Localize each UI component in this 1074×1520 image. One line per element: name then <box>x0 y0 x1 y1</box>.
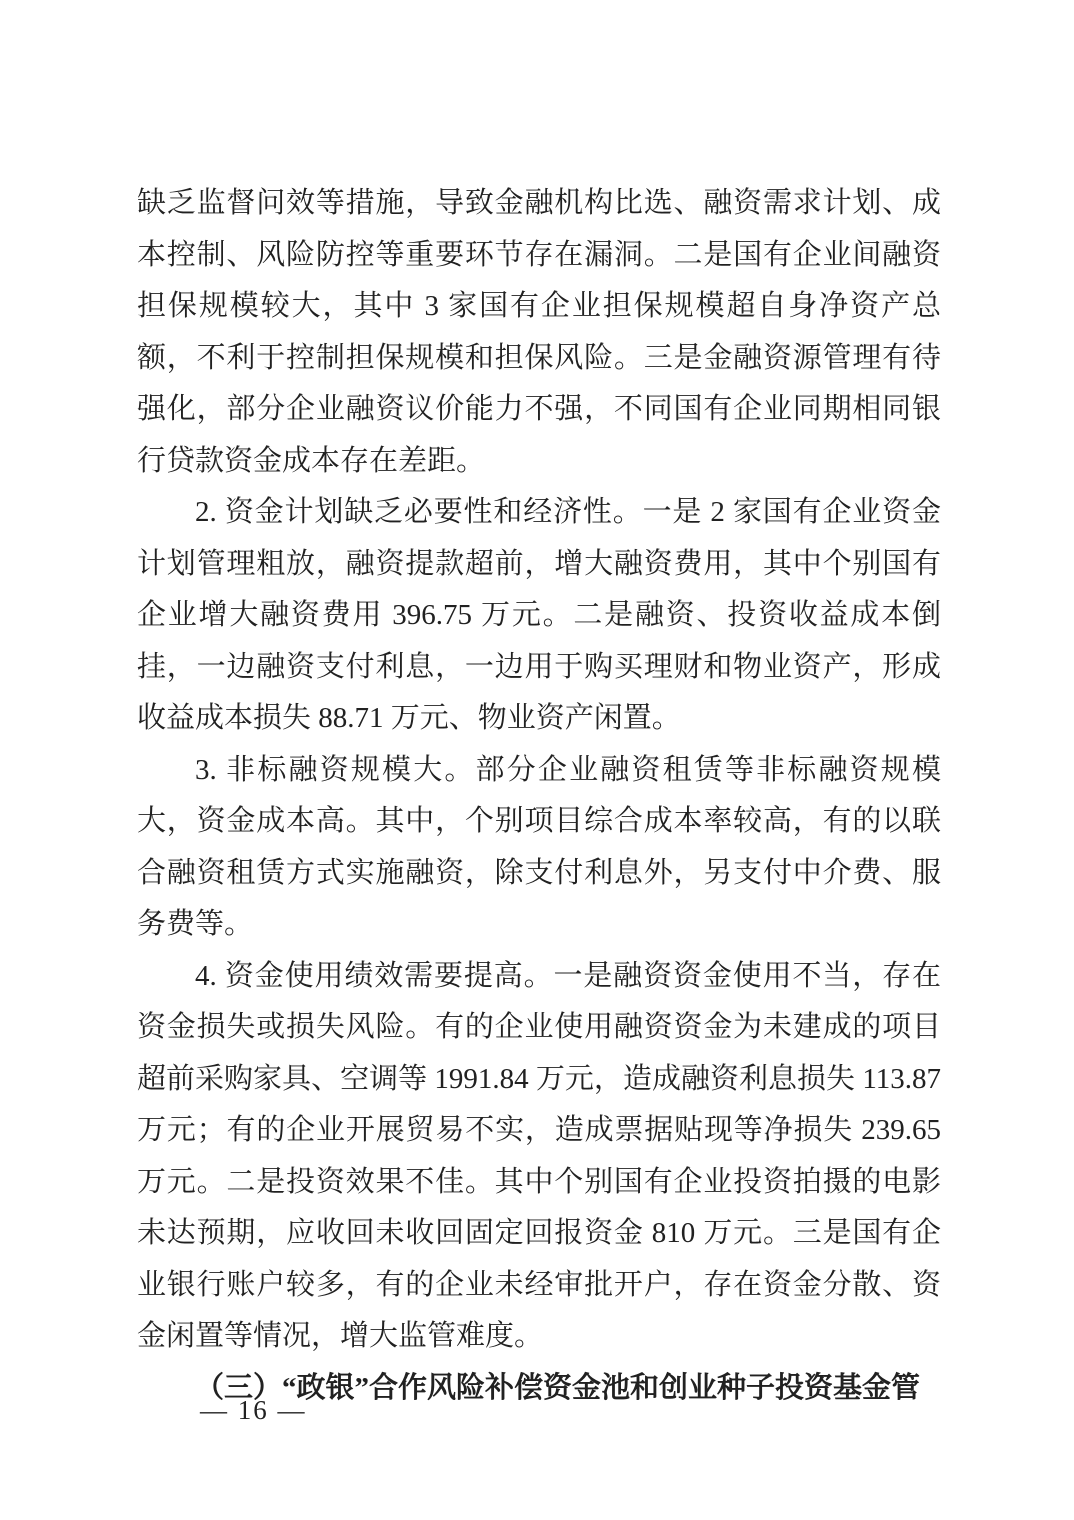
paragraph-item-2: 2. 资金计划缺乏必要性和经济性。一是 2 家国有企业资金计划管理粗放，融资提款… <box>137 487 941 745</box>
page-number: — 16 — <box>200 1390 307 1430</box>
page-body: 缺乏监督问效等措施，导致金融机构比选、融资需求计划、成本控制、风险防控等重要环节… <box>137 178 941 1414</box>
paragraph-item-3: 3. 非标融资规模大。部分企业融资租赁等非标融资规模大，资金成本高。其中，个别项… <box>137 745 941 951</box>
paragraph-item-4: 4. 资金使用绩效需要提高。一是融资资金使用不当，存在资金损失或损失风险。有的企… <box>137 951 941 1363</box>
paragraph-continuation: 缺乏监督问效等措施，导致金融机构比选、融资需求计划、成本控制、风险防控等重要环节… <box>137 178 941 487</box>
document-page: 缺乏监督问效等措施，导致金融机构比选、融资需求计划、成本控制、风险防控等重要环节… <box>0 0 1074 1520</box>
